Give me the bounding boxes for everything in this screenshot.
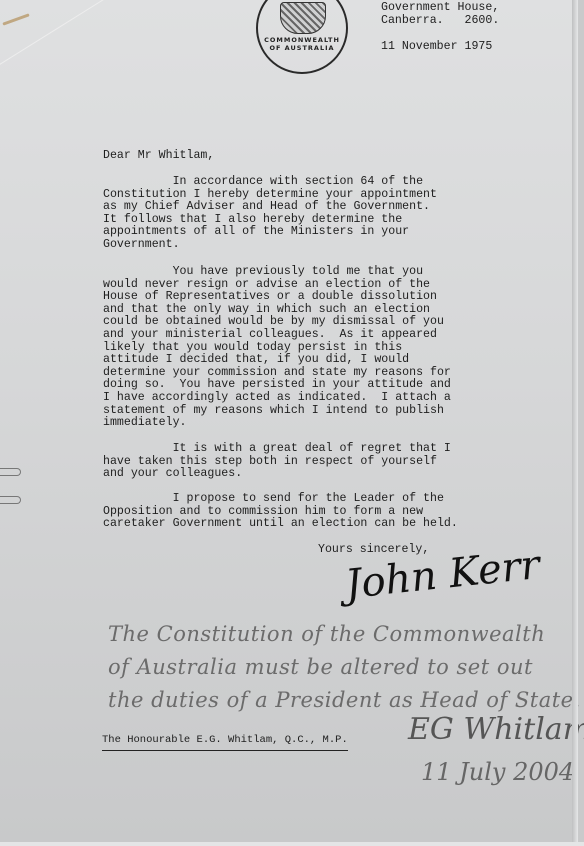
paper-stain bbox=[2, 13, 29, 25]
paragraph-4: I propose to send for the Leader of the … bbox=[103, 493, 458, 531]
paragraph-2: You have previously told me that you wou… bbox=[103, 266, 451, 430]
coat-of-arms-icon bbox=[280, 2, 326, 34]
letter-paper: COMMONWEALTH OF AUSTRALIA Government Hou… bbox=[0, 0, 578, 842]
commonwealth-seal: COMMONWEALTH OF AUSTRALIA bbox=[256, 0, 348, 74]
salutation: Dear Mr Whitlam, bbox=[103, 150, 214, 163]
paragraph-1: In accordance with section 64 of the Con… bbox=[103, 176, 437, 252]
letter-date: 11 November 1975 bbox=[381, 41, 492, 54]
addressee: The Honourable E.G. Whitlam, Q.C., M.P. bbox=[102, 734, 348, 751]
handwritten-note: The Constitution of the Commonwealth of … bbox=[108, 618, 581, 717]
address-line-2: Canberra. 2600. bbox=[381, 14, 499, 27]
seal-text: COMMONWEALTH OF AUSTRALIA bbox=[262, 36, 342, 52]
annotation-date: 11 July 2004 bbox=[421, 758, 574, 786]
margin-mark bbox=[0, 496, 21, 504]
letterhead-address: Government House, Canberra. 2600. bbox=[381, 2, 499, 27]
address-line-1: Government House, bbox=[381, 1, 499, 14]
paper-edge bbox=[0, 842, 584, 846]
paper-crease bbox=[0, 0, 109, 71]
paragraph-3: It is with a great deal of regret that I… bbox=[103, 443, 451, 481]
whitlam-signature: EG Whitlam bbox=[408, 712, 584, 747]
margin-mark bbox=[0, 468, 21, 476]
